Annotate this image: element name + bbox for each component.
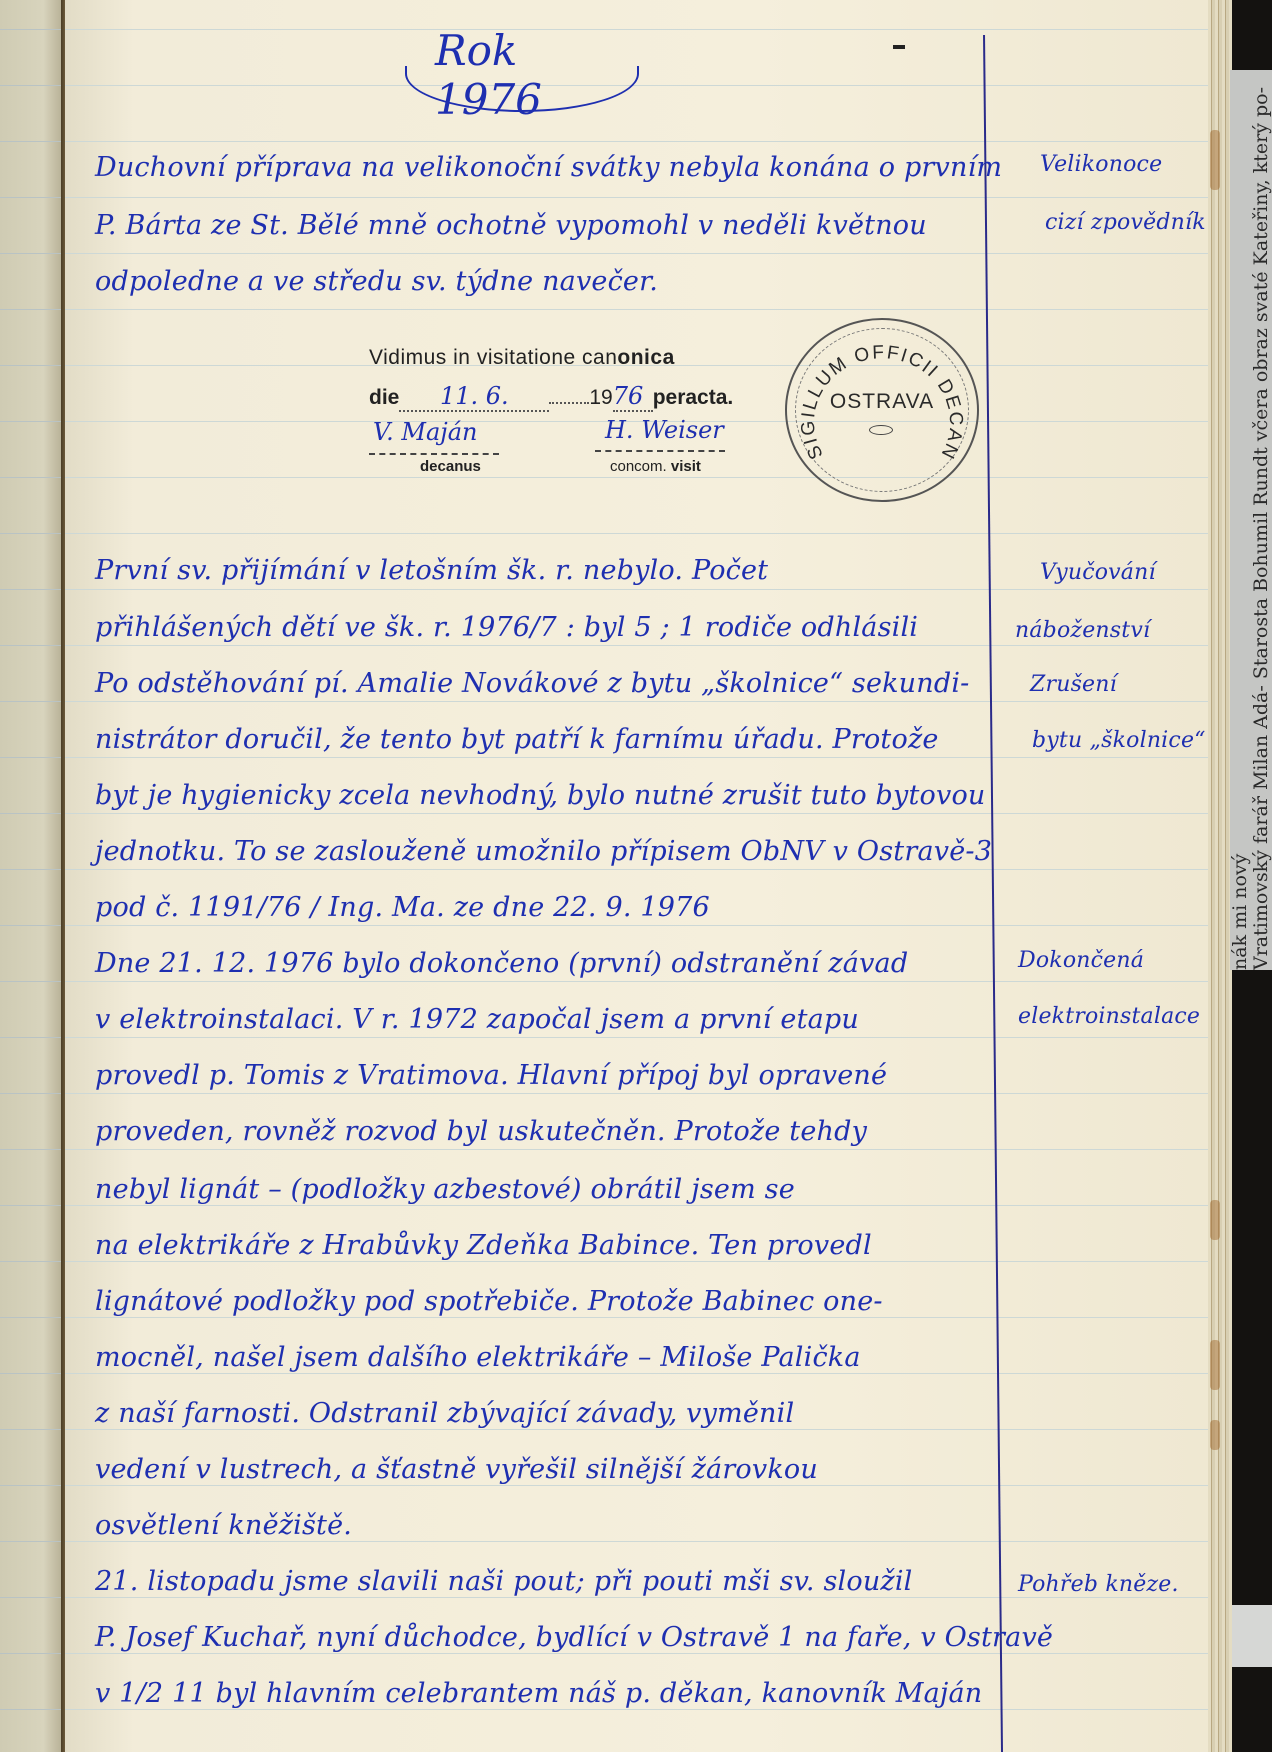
margin-note: Zrušení bbox=[1030, 672, 1117, 697]
signature-line bbox=[595, 450, 725, 452]
die-label: die bbox=[369, 386, 399, 409]
entry-line: osvětlení kněžiště. bbox=[95, 1510, 352, 1541]
signature-line bbox=[369, 453, 499, 455]
label-bold: visit bbox=[671, 458, 701, 475]
caption-text: Vidimus in visitatione can bbox=[369, 346, 617, 369]
concom-visit-label: concom. visit bbox=[610, 458, 701, 475]
seal-oval-mark bbox=[869, 425, 893, 435]
entry-line: pod č. 1191/76 / Ing. Ma. ze dne 22. 9. … bbox=[95, 892, 710, 923]
entry-line: byt je hygienicky zcela nevhodný, bylo n… bbox=[95, 780, 986, 811]
entry-line: mocněl, našel jsem dalšího elektrikáře –… bbox=[95, 1342, 861, 1373]
entry-line: v 1/2 11 byl hlavním celebrantem náš p. … bbox=[95, 1678, 982, 1709]
entry-line: Duchovní příprava na velikonoční svátky … bbox=[95, 152, 1002, 183]
entry-line: 21. listopadu jsme slavili naši pout; př… bbox=[95, 1566, 913, 1597]
entry-line: v elektroinstalaci. V r. 1972 započal js… bbox=[95, 1004, 859, 1035]
entry-line: na elektrikáře z Hrabůvky Zdeňka Babince… bbox=[95, 1230, 872, 1261]
visitor-signature: H. Weiser bbox=[605, 416, 724, 444]
previous-page-edge bbox=[0, 0, 62, 1752]
visitation-stamp: Vidimus in visitatione canonica die11. 6… bbox=[365, 340, 775, 490]
margin-note: Pohřeb kněze. bbox=[1018, 1572, 1179, 1597]
margin-note: cizí zpovědník bbox=[1045, 210, 1206, 235]
entry-line: Po odstěhování pí. Amalie Novákové z byt… bbox=[95, 668, 970, 699]
decanus-label: decanus bbox=[420, 458, 481, 475]
visitation-year: 76 bbox=[613, 382, 644, 410]
entry-line: První sv. přijímání v letošním šk. r. ne… bbox=[95, 555, 768, 586]
entry-line: nebyl lignát – (podložky azbestové) obrá… bbox=[95, 1174, 795, 1205]
margin-note: elektroinstalace bbox=[1018, 1004, 1200, 1029]
year-prefix: 19 bbox=[589, 386, 612, 409]
dean-signature: V. Maján bbox=[373, 418, 477, 446]
margin-note: bytu „školnice“ bbox=[1032, 728, 1206, 753]
margin-note: Vyučování bbox=[1040, 560, 1156, 585]
clipping-line: nák mi nový bbox=[1230, 70, 1251, 970]
visitation-date: 11. 6. bbox=[440, 382, 509, 410]
entry-line: provedl p. Tomis z Vratimova. Hlavní pří… bbox=[95, 1060, 887, 1091]
seal-city: OSTRAVA bbox=[787, 390, 977, 414]
label-text: concom. bbox=[610, 458, 671, 475]
ink-mark bbox=[893, 45, 905, 49]
newspaper-clipping: nák mi nový Vratimovský farář Milan Adá-… bbox=[1230, 70, 1272, 970]
entry-line: přihlášených dětí ve šk. r. 1976/7 : byl… bbox=[95, 612, 918, 643]
entry-line: z naší farnosti. Odstranil zbývající záv… bbox=[95, 1398, 794, 1429]
paper-slip bbox=[1232, 1605, 1272, 1667]
clipping-line: Vratimovský farář Milan Adá- Starosta Bo… bbox=[1251, 70, 1272, 970]
entry-line: nistrátor doručil, že tento byt patří k … bbox=[95, 724, 939, 755]
entry-line: lignátové podložky pod spotřebiče. Proto… bbox=[95, 1286, 883, 1317]
entry-line: Dne 21. 12. 1976 bylo dokončeno (první) … bbox=[95, 948, 908, 979]
entry-line: vedení v lustrech, a šťastně vyřešil sil… bbox=[95, 1454, 818, 1485]
clipping-text: nák mi nový Vratimovský farář Milan Adá-… bbox=[1230, 70, 1272, 970]
entry-line: odpoledne a ve středu sv. týdne navečer. bbox=[95, 266, 658, 297]
page-stack-edge bbox=[1208, 0, 1232, 1752]
entry-line: proveden, rovněž rozvod byl uskutečněn. … bbox=[95, 1116, 867, 1147]
visitation-date-line: die11. 6.1976peracta. bbox=[369, 382, 733, 412]
deanery-seal: SIGILLUM OFFICII DECANATUS • OSTRAVA bbox=[785, 318, 979, 502]
chronicle-page bbox=[65, 0, 1208, 1752]
entry-line: P. Josef Kuchař, nyní důchodce, bydlící … bbox=[95, 1622, 1053, 1653]
visitation-caption: Vidimus in visitatione canonica bbox=[369, 346, 675, 370]
margin-note: náboženství bbox=[1015, 618, 1150, 643]
margin-note: Velikonoce bbox=[1040, 152, 1162, 177]
margin-note: Dokončená bbox=[1018, 948, 1144, 973]
peracta-label: peracta. bbox=[653, 386, 734, 409]
page-heading: Rok 1976 bbox=[405, 22, 635, 94]
entry-line: P. Bárta ze St. Bělé mně ochotně vypomoh… bbox=[95, 210, 927, 241]
entry-line: jednotku. To se zaslouženě umožnilo příp… bbox=[95, 836, 992, 867]
caption-bold: onica bbox=[617, 346, 674, 369]
